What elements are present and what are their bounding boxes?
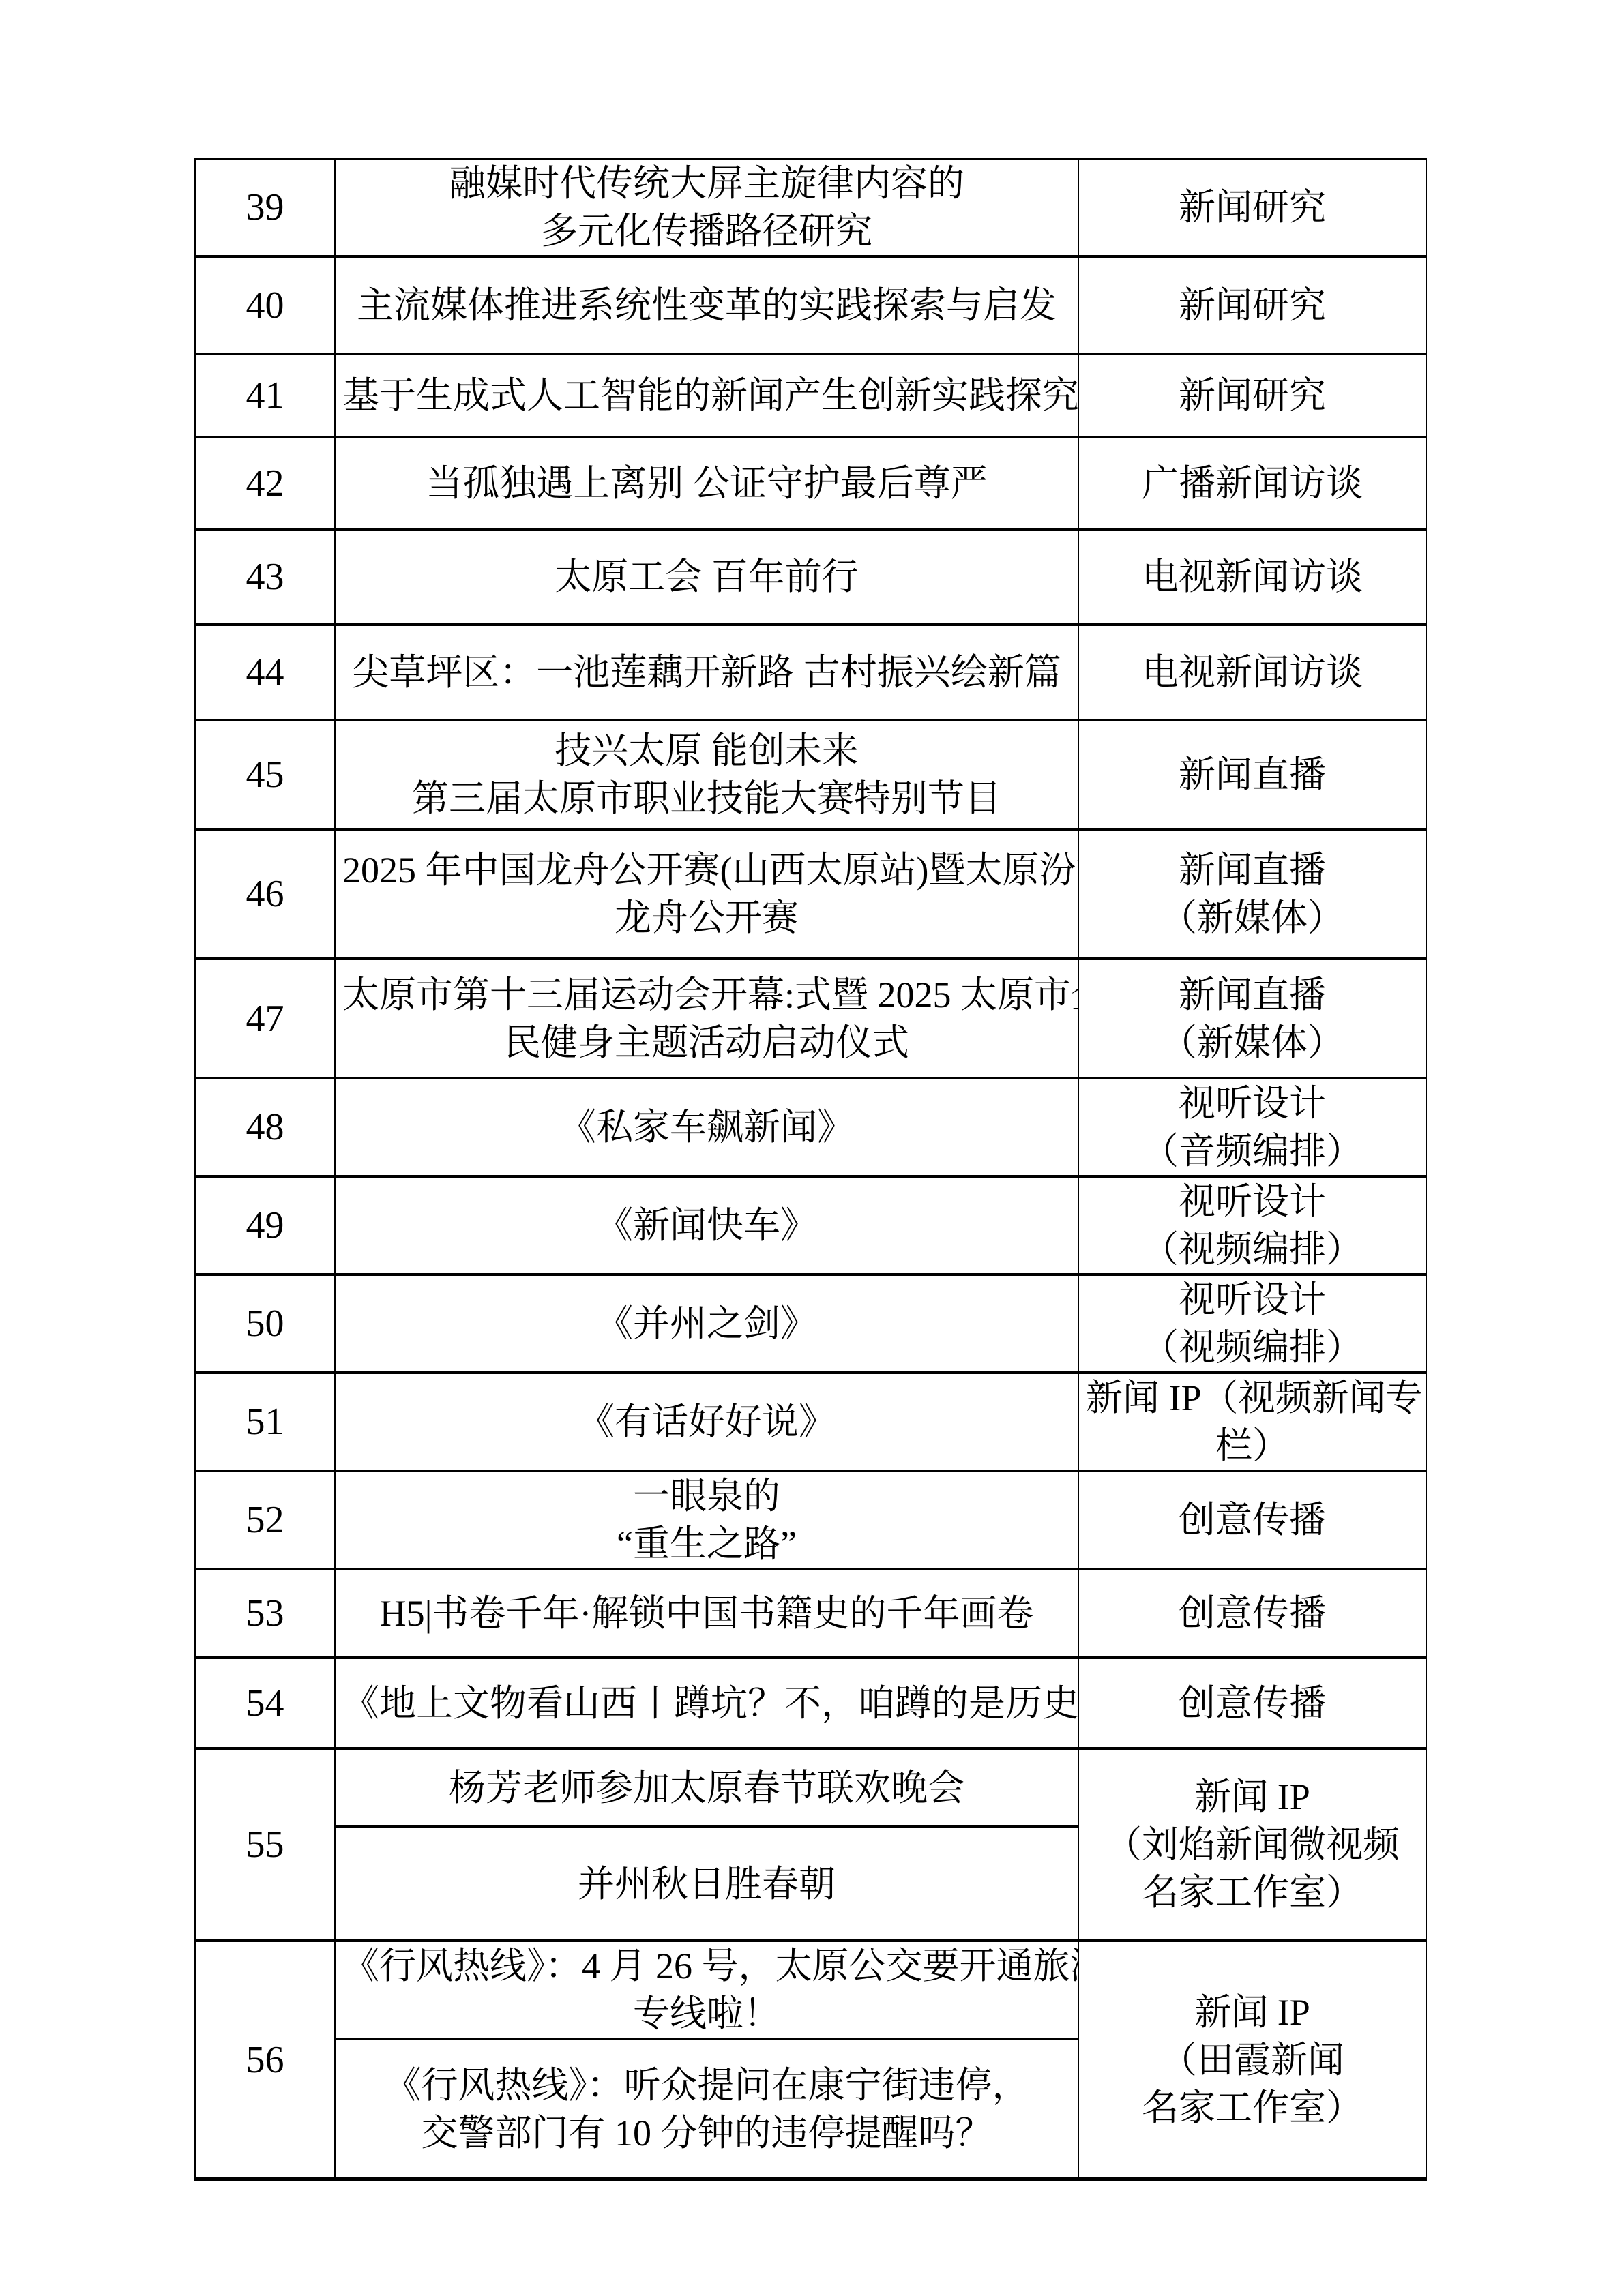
text-line: 《新闻快车》 [342, 1202, 1071, 1249]
text-line: 48 [203, 1103, 327, 1151]
text-line: 视听设计 [1086, 1276, 1419, 1324]
entry-title-cell: 一眼泉的“重生之路” [335, 1471, 1078, 1569]
text-line: 52 [203, 1496, 327, 1544]
text-line: （视频编排） [1086, 1225, 1419, 1273]
text-line: 太原市第十三届运动会开幕:式暨 2025 太原市全 [342, 971, 1071, 1019]
text-line: 53 [203, 1590, 327, 1637]
entry-category-cell: 新闻直播（新媒体） [1078, 829, 1426, 959]
entry-title-cell: 《并州之剑》 [335, 1274, 1078, 1373]
entry-category-cell: 视听设计（视频编排） [1078, 1274, 1426, 1373]
text-line: 《私家车飙新闻》 [342, 1103, 1071, 1151]
table-row: 40主流媒体推进系统性变革的实践探索与启发新闻研究 [195, 256, 1426, 354]
row-number-cell: 55 [195, 1748, 335, 1941]
table-row: 42当孤独遇上离别 公证守护最后尊严广播新闻访谈 [195, 437, 1426, 529]
text-line: 《并州之剑》 [342, 1300, 1071, 1347]
entry-category-cell: 新闻研究 [1078, 159, 1426, 256]
text-line: 杨芳老师参加太原春节联欢晚会 [342, 1764, 1071, 1812]
text-line: 电视新闻访谈 [1086, 648, 1419, 696]
entry-title-cell: 《新闻快车》 [335, 1176, 1078, 1274]
text-line: 主流媒体推进系统性变革的实践探索与启发 [342, 282, 1071, 329]
table-row: 49《新闻快车》视听设计（视频编排） [195, 1176, 1426, 1274]
entry-category-cell: 电视新闻访谈 [1078, 625, 1426, 720]
entry-title-cell: 太原工会 百年前行 [335, 529, 1078, 625]
text-line: H5|书卷千年·解锁中国书籍史的千年画卷 [342, 1590, 1071, 1637]
text-line: 新闻直播 [1086, 971, 1419, 1019]
text-line: 电视新闻访谈 [1086, 553, 1419, 601]
text-line: 尖草坪区：一池莲藕开新路 古村振兴绘新篇 [342, 648, 1071, 696]
entry-title-cell: H5|书卷千年·解锁中国书籍史的千年画卷 [335, 1569, 1078, 1658]
row-number-cell: 51 [195, 1373, 335, 1471]
entry-title-cell: 2025 年中国龙舟公开赛(山西太原站)暨太原汾河龙舟公开赛 [335, 829, 1078, 959]
text-line: 民健身主题活动启动仪式 [342, 1019, 1071, 1067]
entry-category-cell: 新闻 IP（视频新闻专栏） [1078, 1373, 1426, 1471]
text-line: 47 [203, 995, 327, 1043]
entry-category-cell: 创意传播 [1078, 1471, 1426, 1569]
entry-category-cell: 创意传播 [1078, 1569, 1426, 1658]
row-number-cell: 45 [195, 720, 335, 829]
entry-title-cell: 基于生成式人工智能的新闻产生创新实践探究 [335, 354, 1078, 437]
text-line: （新媒体） [1086, 894, 1419, 942]
entry-category-cell: 新闻 IP（刘焰新闻微视频名家工作室） [1078, 1748, 1426, 1941]
text-line: 新闻 IP [1086, 1988, 1419, 2036]
row-number-cell: 52 [195, 1471, 335, 1569]
text-line: 名家工作室） [1086, 1868, 1419, 1916]
entry-title-cell: 技兴太原 能创未来第三届太原市职业技能大赛特别节目 [335, 720, 1078, 829]
text-line: 45 [203, 751, 327, 799]
entry-title-cell: 主流媒体推进系统性变革的实践探索与启发 [335, 256, 1078, 354]
table-row: 45技兴太原 能创未来第三届太原市职业技能大赛特别节目新闻直播 [195, 720, 1426, 829]
text-line: （刘焰新闻微视频 [1086, 1821, 1419, 1868]
text-line: 新闻直播 [1086, 751, 1419, 799]
table-row: 41基于生成式人工智能的新闻产生创新实践探究新闻研究 [195, 354, 1426, 437]
text-line: 42 [203, 460, 327, 507]
text-line: 名家工作室） [1086, 2084, 1419, 2132]
text-line: 基于生成式人工智能的新闻产生创新实践探究 [342, 372, 1071, 419]
entry-title-cell: 《行风热线》：听众提问在康宁街违停，交警部门有 10 分钟的违停提醒吗？ [335, 2039, 1078, 2179]
text-line: 新闻研究 [1086, 282, 1419, 329]
entry-category-cell: 电视新闻访谈 [1078, 529, 1426, 625]
row-number-cell: 40 [195, 256, 335, 354]
text-line: 新闻 IP（视频新闻专 [1086, 1374, 1419, 1422]
entry-category-cell: 新闻直播（新媒体） [1078, 959, 1426, 1078]
text-line: 50 [203, 1300, 327, 1347]
entry-category-cell: 新闻研究 [1078, 256, 1426, 354]
entry-title-cell: 《地上文物看山西丨蹲坑？不，咱蹲的是历史》 [335, 1658, 1078, 1748]
table-row: 462025 年中国龙舟公开赛(山西太原站)暨太原汾河龙舟公开赛新闻直播（新媒体… [195, 829, 1426, 959]
text-line: 49 [203, 1202, 327, 1249]
text-line: 专线啦！ [342, 1990, 1071, 2038]
text-line: 创意传播 [1086, 1590, 1419, 1637]
text-line: 51 [203, 1398, 327, 1446]
text-line: 广播新闻访谈 [1086, 460, 1419, 507]
text-line: 一眼泉的 [342, 1472, 1071, 1520]
entry-category-cell: 广播新闻访谈 [1078, 437, 1426, 529]
entry-title-cell: 《私家车飙新闻》 [335, 1078, 1078, 1176]
text-line: 《地上文物看山西丨蹲坑？不，咱蹲的是历史》 [342, 1680, 1071, 1727]
entry-category-cell: 新闻直播 [1078, 720, 1426, 829]
entry-title-cell: 尖草坪区：一池莲藕开新路 古村振兴绘新篇 [335, 625, 1078, 720]
text-line: 《行风热线》：听众提问在康宁街违停， [342, 2061, 1071, 2109]
text-line: 41 [203, 372, 327, 419]
text-line: 融媒时代传统大屏主旋律内容的 [342, 160, 1071, 207]
text-line: （田霞新闻 [1086, 2036, 1419, 2084]
table-row: 52一眼泉的“重生之路”创意传播 [195, 1471, 1426, 1569]
entry-title-cell: 《有话好好说》 [335, 1373, 1078, 1471]
entry-title-cell: 融媒时代传统大屏主旋律内容的多元化传播路径研究 [335, 159, 1078, 256]
entry-title-cell: 并州秋日胜春朝 [335, 1827, 1078, 1941]
text-line: 43 [203, 553, 327, 601]
table-row: 44尖草坪区：一池莲藕开新路 古村振兴绘新篇电视新闻访谈 [195, 625, 1426, 720]
table-row: 54《地上文物看山西丨蹲坑？不，咱蹲的是历史》创意传播 [195, 1658, 1426, 1748]
text-line: “重生之路” [342, 1520, 1071, 1568]
table-row: 48《私家车飙新闻》视听设计（音频编排） [195, 1078, 1426, 1176]
text-line: 44 [203, 648, 327, 696]
text-line: 《行风热线》：4 月 26 号，太原公交要开通旅游 [342, 1942, 1071, 1990]
text-line: 交警部门有 10 分钟的违停提醒吗？ [342, 2109, 1071, 2157]
text-line: 55 [203, 1821, 327, 1868]
text-line: 当孤独遇上离别 公证守护最后尊严 [342, 460, 1071, 507]
text-line: 视听设计 [1086, 1178, 1419, 1225]
text-line: 视听设计 [1086, 1079, 1419, 1127]
entry-title-cell: 当孤独遇上离别 公证守护最后尊严 [335, 437, 1078, 529]
table-row: 56《行风热线》：4 月 26 号，太原公交要开通旅游专线啦！新闻 IP（田霞新… [195, 1941, 1426, 2039]
text-line: 54 [203, 1680, 327, 1727]
document-page: 39融媒时代传统大屏主旋律内容的多元化传播路径研究新闻研究40主流媒体推进系统性… [0, 0, 1624, 2296]
text-line: 龙舟公开赛 [342, 894, 1071, 942]
text-line: （新媒体） [1086, 1019, 1419, 1067]
entry-title-cell: 太原市第十三届运动会开幕:式暨 2025 太原市全民健身主题活动启动仪式 [335, 959, 1078, 1078]
text-line: 新闻研究 [1086, 372, 1419, 419]
entry-title-cell: 《行风热线》：4 月 26 号，太原公交要开通旅游专线啦！ [335, 1941, 1078, 2039]
row-number-cell: 47 [195, 959, 335, 1078]
text-line: 新闻直播 [1086, 846, 1419, 894]
text-line: 并州秋日胜春朝 [342, 1860, 1071, 1908]
entry-category-cell: 新闻 IP（田霞新闻名家工作室） [1078, 1941, 1426, 2179]
text-line: （音频编排） [1086, 1127, 1419, 1175]
table-row: 43太原工会 百年前行电视新闻访谈 [195, 529, 1426, 625]
row-number-cell: 48 [195, 1078, 335, 1176]
text-line: 40 [203, 282, 327, 329]
row-number-cell: 49 [195, 1176, 335, 1274]
row-number-cell: 53 [195, 1569, 335, 1658]
row-number-cell: 41 [195, 354, 335, 437]
text-line: 46 [203, 870, 327, 918]
text-line: 第三届太原市职业技能大赛特别节目 [342, 775, 1071, 822]
row-number-cell: 46 [195, 829, 335, 959]
text-line: 56 [203, 2036, 327, 2084]
text-line: 太原工会 百年前行 [342, 553, 1071, 601]
row-number-cell: 42 [195, 437, 335, 529]
table-row: 51《有话好好说》新闻 IP（视频新闻专栏） [195, 1373, 1426, 1471]
row-number-cell: 43 [195, 529, 335, 625]
entry-category-cell: 创意传播 [1078, 1658, 1426, 1748]
text-line: （视频编排） [1086, 1324, 1419, 1371]
table-row: 50《并州之剑》视听设计（视频编排） [195, 1274, 1426, 1373]
table-row: 53H5|书卷千年·解锁中国书籍史的千年画卷创意传播 [195, 1569, 1426, 1658]
row-number-cell: 44 [195, 625, 335, 720]
table-row: 39融媒时代传统大屏主旋律内容的多元化传播路径研究新闻研究 [195, 159, 1426, 256]
row-number-cell: 54 [195, 1658, 335, 1748]
table-row: 47太原市第十三届运动会开幕:式暨 2025 太原市全民健身主题活动启动仪式新闻… [195, 959, 1426, 1078]
text-line: 创意传播 [1086, 1496, 1419, 1544]
text-line: 2025 年中国龙舟公开赛(山西太原站)暨太原汾河 [342, 846, 1071, 894]
award-entries-table: 39融媒时代传统大屏主旋律内容的多元化传播路径研究新闻研究40主流媒体推进系统性… [194, 158, 1427, 2181]
text-line: 新闻研究 [1086, 183, 1419, 231]
text-line: 多元化传播路径研究 [342, 207, 1071, 255]
row-number-cell: 50 [195, 1274, 335, 1373]
row-number-cell: 39 [195, 159, 335, 256]
text-line: 技兴太原 能创未来 [342, 727, 1071, 775]
text-line: 新闻 IP [1086, 1773, 1419, 1821]
text-line: 39 [203, 183, 327, 231]
table-row: 55杨芳老师参加太原春节联欢晚会新闻 IP（刘焰新闻微视频名家工作室） [195, 1748, 1426, 1827]
entry-category-cell: 新闻研究 [1078, 354, 1426, 437]
text-line: 《有话好好说》 [342, 1398, 1071, 1446]
text-line: 创意传播 [1086, 1680, 1419, 1727]
entry-title-cell: 杨芳老师参加太原春节联欢晚会 [335, 1748, 1078, 1827]
row-number-cell: 56 [195, 1941, 335, 2179]
entry-category-cell: 视听设计（视频编排） [1078, 1176, 1426, 1274]
text-line: 栏） [1086, 1422, 1419, 1470]
entry-category-cell: 视听设计（音频编排） [1078, 1078, 1426, 1176]
